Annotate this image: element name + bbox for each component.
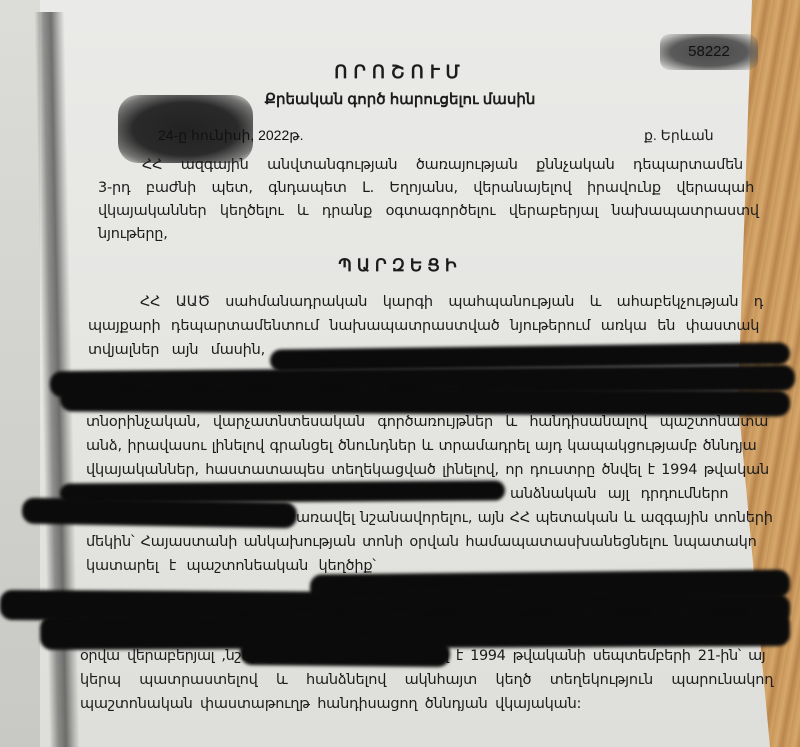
body-line-2: պայքարի դեպարտամենտում նախապատրաստված նյ…: [88, 318, 759, 334]
body-line-9: անձնական այլ դրդումներո: [510, 486, 728, 502]
body-line-17: պաշտոնական փաստաթուղթ հանդիսացող ծննդյան…: [80, 696, 581, 712]
document-content: 58222 ՈՐՈՇՈՒՄ Քրեական գործ հարուցելու մա…: [0, 0, 800, 747]
intro-line-2: 3-րդ բաժնի պետ, գնդապետ Լ. Եղոյանս, վերա…: [98, 180, 754, 196]
body-line-16: կերպ պատրաստելով և հանձնելով ակնհայտ կեղ…: [80, 672, 773, 688]
intro-line-4: նյութերը,: [98, 226, 168, 242]
redaction-block: [240, 639, 450, 667]
document-title: ՈՐՈՇՈՒՄ: [0, 62, 800, 83]
body-line-11: մեկին՝ Հայաստանի անկախության տոնի օրվան …: [86, 534, 757, 550]
intro-line-3: վկայականներ կեղծելու և դրանք օգտագործելո…: [98, 203, 759, 219]
body-line-3: տվյալներ այն մասին,: [88, 342, 265, 358]
document-date: 24-ը հունիսի, 2022թ.: [158, 127, 303, 144]
body-line-6: տնօրինչական, վարչատնտեսական գործառույթնե…: [86, 414, 768, 430]
redaction-block: [60, 385, 790, 416]
body-line-7: անձ, իրավասու լինելով գրանցել ծնունդներ …: [86, 438, 757, 454]
document-place: ք. Երևան: [644, 127, 714, 144]
body-line-1: ՀՀ ԱԱԾ սահմանադրական կարգի պահպանության …: [140, 294, 763, 310]
intro-line-1: ՀՀ ազգային անվտանգության ծառայության քնն…: [142, 157, 743, 173]
redaction-block: [22, 498, 297, 529]
body-line-8: վկայականներ, հաստատապես տեղեկացված լինել…: [86, 462, 769, 478]
section-heading: ՊԱՐԶԵՑԻ: [0, 256, 800, 276]
body-line-10: առավել նշանավորելու, այն ՀՀ պետական և ազ…: [296, 510, 773, 526]
body-line-12: կատարել է պաշտոնեական կեղծիք՝: [86, 558, 376, 574]
